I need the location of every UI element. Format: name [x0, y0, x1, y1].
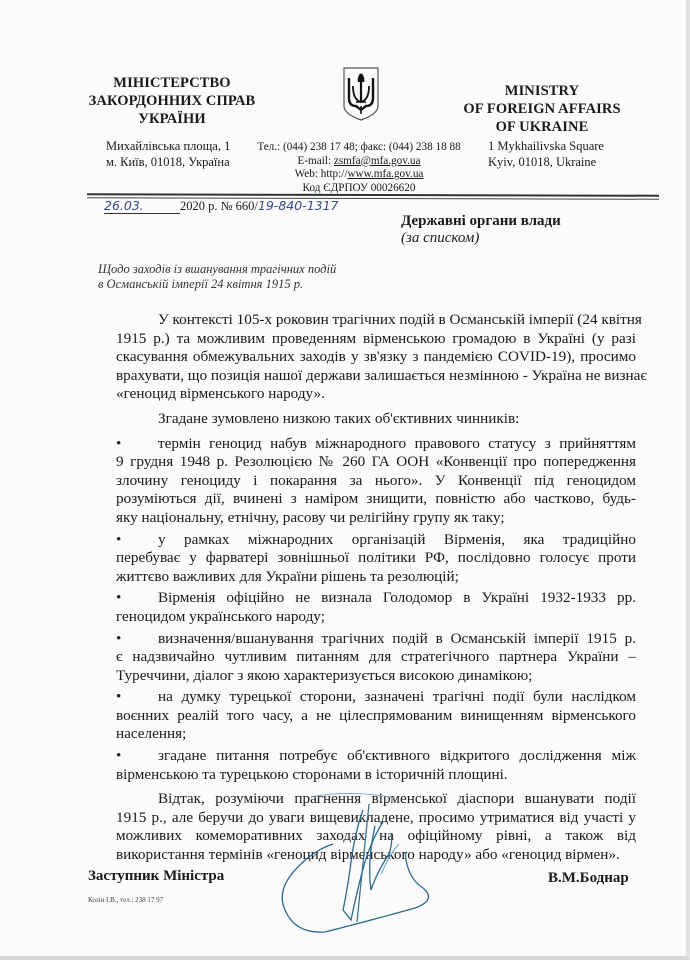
bullet-item: •на думку турецької сторони, зазначені т…: [116, 688, 636, 744]
text-line: вірменською та турецькою сторонами в іст…: [116, 766, 636, 785]
bullet-first-line: •на думку турецької сторони, зазначені т…: [116, 688, 636, 707]
bullet-text: визначення/вшанування трагічних подій в …: [116, 630, 636, 649]
bullet-icon: •: [116, 630, 121, 649]
ministry-title-en-line: MINISTRY: [462, 82, 622, 100]
text-line: Згадане зумовлено низкою таких об'єктивн…: [116, 410, 636, 429]
text-line: населення;: [116, 725, 636, 744]
web-link[interactable]: www.mfa.gov.ua: [347, 168, 423, 180]
bullet-item: •Вірменія офіційно не визнала Голодомор …: [116, 589, 636, 626]
bullet-text: Вірменія офіційно не визнала Голодомор в…: [116, 589, 636, 608]
bullet-icon: •: [116, 531, 121, 550]
subject: Щодо заходів із вшанування трагічних под…: [98, 262, 336, 292]
text-line: У контексті 105-х роковин трагічних поді…: [116, 311, 636, 330]
bullet-first-line: •Вірменія офіційно не визнала Голодомор …: [116, 589, 636, 608]
bullet-item: •згадане питання потребує об'єктивного в…: [116, 747, 636, 784]
address-line: Михайлівська площа, 1: [106, 138, 230, 154]
signatory-position: Заступник Міністра: [88, 868, 224, 885]
bullet-text: у рамках міжнародних організацій Вірмені…: [116, 531, 636, 550]
addressee-title: Державні органи влади: [401, 213, 561, 230]
address-line: 1 Mykhailivska Square: [488, 138, 604, 154]
text-line: злочину геноциду і покарання за нього». …: [116, 472, 636, 491]
registration-prefix: 2020 р. № 660/: [180, 199, 258, 213]
addressee: Державні органи влади (за списком): [401, 213, 561, 247]
ministry-address-ua: Михайлівська площа, 1 м. Київ, 01018, Ук…: [106, 138, 230, 170]
bullet-text: згадане питання потребує об'єктивного ві…: [116, 747, 636, 766]
registration-line: 26.03.2020 р. № 660/19-840-1317: [104, 198, 339, 214]
bullet-item: •у рамках міжнародних організацій Вірмен…: [116, 531, 636, 587]
bullet-item: •термін геноцид набув міжнародного право…: [116, 435, 636, 528]
bullet-first-line: •визначення/вшанування трагічних подій в…: [116, 630, 636, 649]
phone-fax: Тел.: (044) 238 17 48; факс: (044) 238 1…: [248, 141, 470, 155]
text-line: життєво важливих для України рішень та р…: [116, 568, 636, 587]
ministry-title-en: MINISTRY OF FOREIGN AFFAIRS OF UKRAINE: [462, 82, 622, 136]
handwritten-date: 26.03.: [104, 198, 180, 214]
signatory-name: В.М.Боднар: [548, 870, 629, 887]
subject-line: Щодо заходів із вшанування трагічних под…: [98, 262, 336, 277]
paragraph-2: Згадане зумовлено низкою таких об'єктивн…: [116, 410, 636, 429]
bullet-icon: •: [116, 435, 121, 454]
bullet-first-line: •згадане питання потребує об'єктивного в…: [116, 747, 636, 766]
bullet-icon: •: [116, 747, 121, 766]
ministry-title-en-line: OF UKRAINE: [462, 118, 622, 136]
text-line: є надзвичайно чутливим питанням для стра…: [116, 648, 636, 667]
text-line: 1915 р.) та можливим проведенням вірменс…: [116, 330, 636, 349]
text-line: скасування обмежувальних заходів у зв'яз…: [116, 348, 636, 367]
contacts-block: Тел.: (044) 238 17 48; факс: (044) 238 1…: [248, 141, 470, 195]
ministry-title-ua-line: ЗАКОРДОННИХ СПРАВ: [72, 92, 272, 110]
address-line: Kyiv, 01018, Ukraine: [488, 154, 604, 170]
addressee-subtitle: (за списком): [401, 230, 561, 247]
text-line: Туреччини, діалог з якою характеризуєтьс…: [116, 667, 636, 686]
paragraph-1: У контексті 105-х роковин трагічних поді…: [116, 311, 636, 404]
handwritten-number: 19-840-1317: [258, 198, 339, 213]
email-label: E-mail:: [298, 155, 334, 167]
bullet-icon: •: [116, 589, 121, 608]
email-link[interactable]: zsmfa@mfa.gov.ua: [334, 155, 421, 167]
text-line: воєнних реалій того часу, а не цілеспрям…: [116, 707, 636, 726]
text-line: геноцидом українського народу;: [116, 608, 636, 627]
text-line: розуміються дії, вчинені з наміром знищи…: [116, 490, 636, 509]
bullet-text: термін геноцид набув міжнародного правов…: [116, 435, 636, 454]
bullet-icon: •: [116, 688, 121, 707]
handwritten-signature: [255, 792, 455, 942]
ministry-address-en: 1 Mykhailivska Square Kyiv, 01018, Ukrai…: [488, 138, 604, 170]
ministry-title-ua-line: УКРАЇНИ: [72, 110, 272, 128]
text-line: врахувати, що позиція нашої держави зали…: [116, 367, 636, 386]
bullet-text: на думку турецької сторони, зазначені тр…: [116, 688, 636, 707]
bullet-item: •визначення/вшанування трагічних подій в…: [116, 630, 636, 686]
ministry-title-ua-line: МІНІСТЕРСТВО: [72, 74, 272, 92]
text-line: 9 грудня 1948 р. Резолюцією № 260 ГА ООН…: [116, 453, 636, 472]
text-line: «геноцид вірменського народу».: [116, 385, 636, 404]
ministry-title-ua: МІНІСТЕРСТВО ЗАКОРДОННИХ СПРАВ УКРАЇНИ: [72, 74, 272, 128]
letter-page: МІНІСТЕРСТВО ЗАКОРДОННИХ СПРАВ УКРАЇНИ М…: [0, 0, 690, 960]
text-line: яку національну, етнічну, расову чи релі…: [116, 509, 636, 528]
web-line: Web: http://www.mfa.gov.ua: [248, 168, 470, 182]
web-label: Web: http://: [295, 168, 348, 180]
bullet-first-line: •у рамках міжнародних організацій Вірмен…: [116, 531, 636, 550]
text-line: перебуває у фарватері зовнішньої політик…: [116, 549, 636, 568]
letter-body: У контексті 105-х роковин трагічних поді…: [116, 311, 636, 871]
subject-line: в Османській імперії 24 квітня 1915 р.: [98, 277, 336, 292]
ministry-title-en-line: OF FOREIGN AFFAIRS: [462, 100, 622, 118]
address-line: м. Київ, 01018, Україна: [106, 154, 230, 170]
header-divider: [87, 193, 659, 196]
trident-coat-of-arms-icon: [342, 66, 380, 122]
email-line: E-mail: zsmfa@mfa.gov.ua: [248, 155, 470, 169]
bullet-first-line: •термін геноцид набув міжнародного право…: [116, 435, 636, 454]
executor-contact: Козін І.В., тел.: 238 17 97: [88, 896, 163, 904]
